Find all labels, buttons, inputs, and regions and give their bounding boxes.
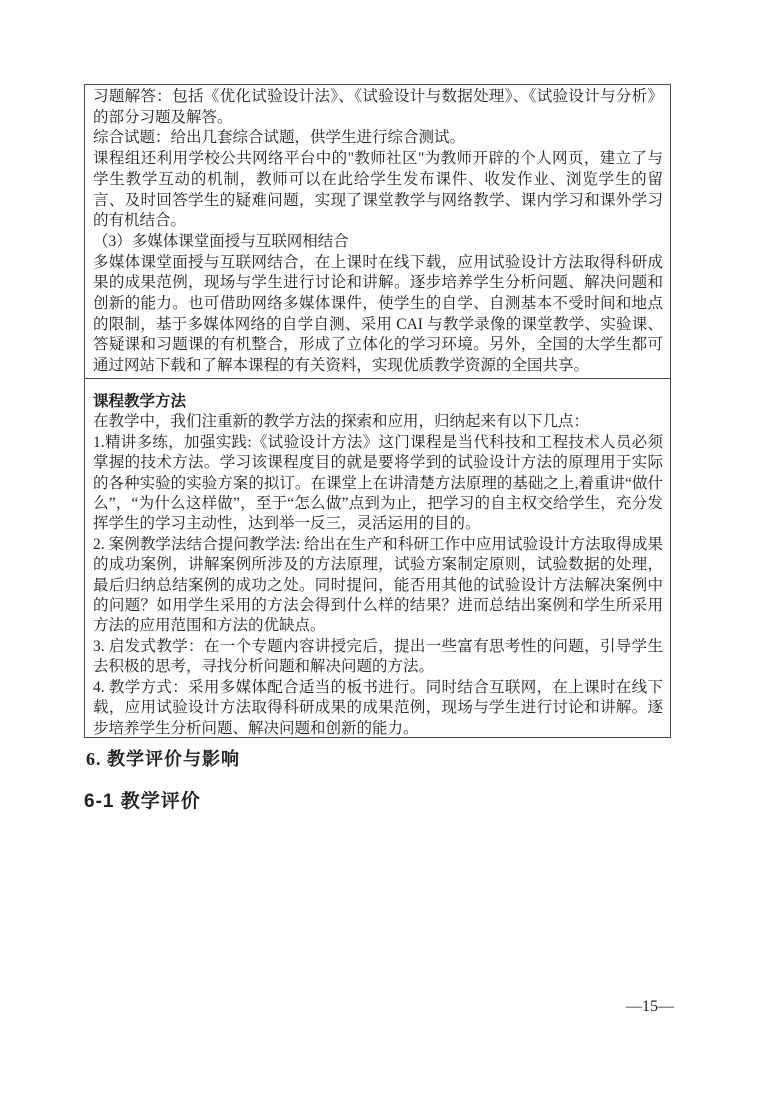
- content-table: 习题解答：包括《优化试验设计法》、《试验设计与数据处理》、《试验设计与分析》的部…: [84, 84, 671, 738]
- paragraph-method-3: 3. 启发式教学：在一个专题内容讲授完后，提出一些富有思考性的问题，引导学生去积…: [93, 637, 663, 678]
- paragraph-methods-intro: 在教学中，我们注重新的教学方法的探索和应用，归纳起来有以下几点：: [93, 412, 663, 432]
- document-page: 习题解答：包括《优化试验设计法》、《试验设计与数据处理》、《试验设计与分析》的部…: [0, 0, 778, 1100]
- table-row-teaching-methods: 课程教学方法 在教学中，我们注重新的教学方法的探索和应用，归纳起来有以下几点： …: [85, 379, 670, 737]
- table-row-teaching-resources: 习题解答：包括《优化试验设计法》、《试验设计与数据处理》、《试验设计与分析》的部…: [85, 85, 670, 379]
- paragraph-multimedia-internet: 多媒体课堂面授与互联网结合，在上课时在线下载，应用试验设计方法取得科研成果的成果…: [93, 253, 663, 377]
- paragraph-method-1: 1.精讲多练，加强实践:《试验设计方法》这门课程是当代科技和工程技术人员必须掌握…: [93, 433, 663, 535]
- paragraph-method-2: 2. 案例教学法结合提问教学法: 给出在生产和科研工作中应用试验设计方法取得成果…: [93, 535, 663, 637]
- page-number: —15—: [626, 998, 674, 1016]
- section-heading-evaluation: 6. 教学评价与影响: [86, 745, 240, 771]
- subsection-heading-evaluation: 6-1 教学评价: [84, 786, 201, 813]
- paragraph-exercise-answers: 习题解答：包括《优化试验设计法》、《试验设计与数据处理》、《试验设计与分析》的部…: [93, 87, 663, 128]
- paragraph-comprehensive-tests: 综合试题：给出几套综合试题，供学生进行综合测试。: [93, 128, 663, 149]
- paragraph-multimedia-subtitle: （3）多媒体课堂面授与互联网相结合: [93, 232, 663, 253]
- paragraph-teacher-community: 课程组还利用学校公共网络平台中的"教师社区"为教师开辟的个人网页，建立了与学生教…: [93, 149, 663, 232]
- paragraph-method-4: 4. 教学方式：采用多媒体配合适当的板书进行。同时结合互联网，在上课时在线下载，…: [93, 678, 663, 737]
- methods-heading: 课程教学方法: [93, 392, 663, 412]
